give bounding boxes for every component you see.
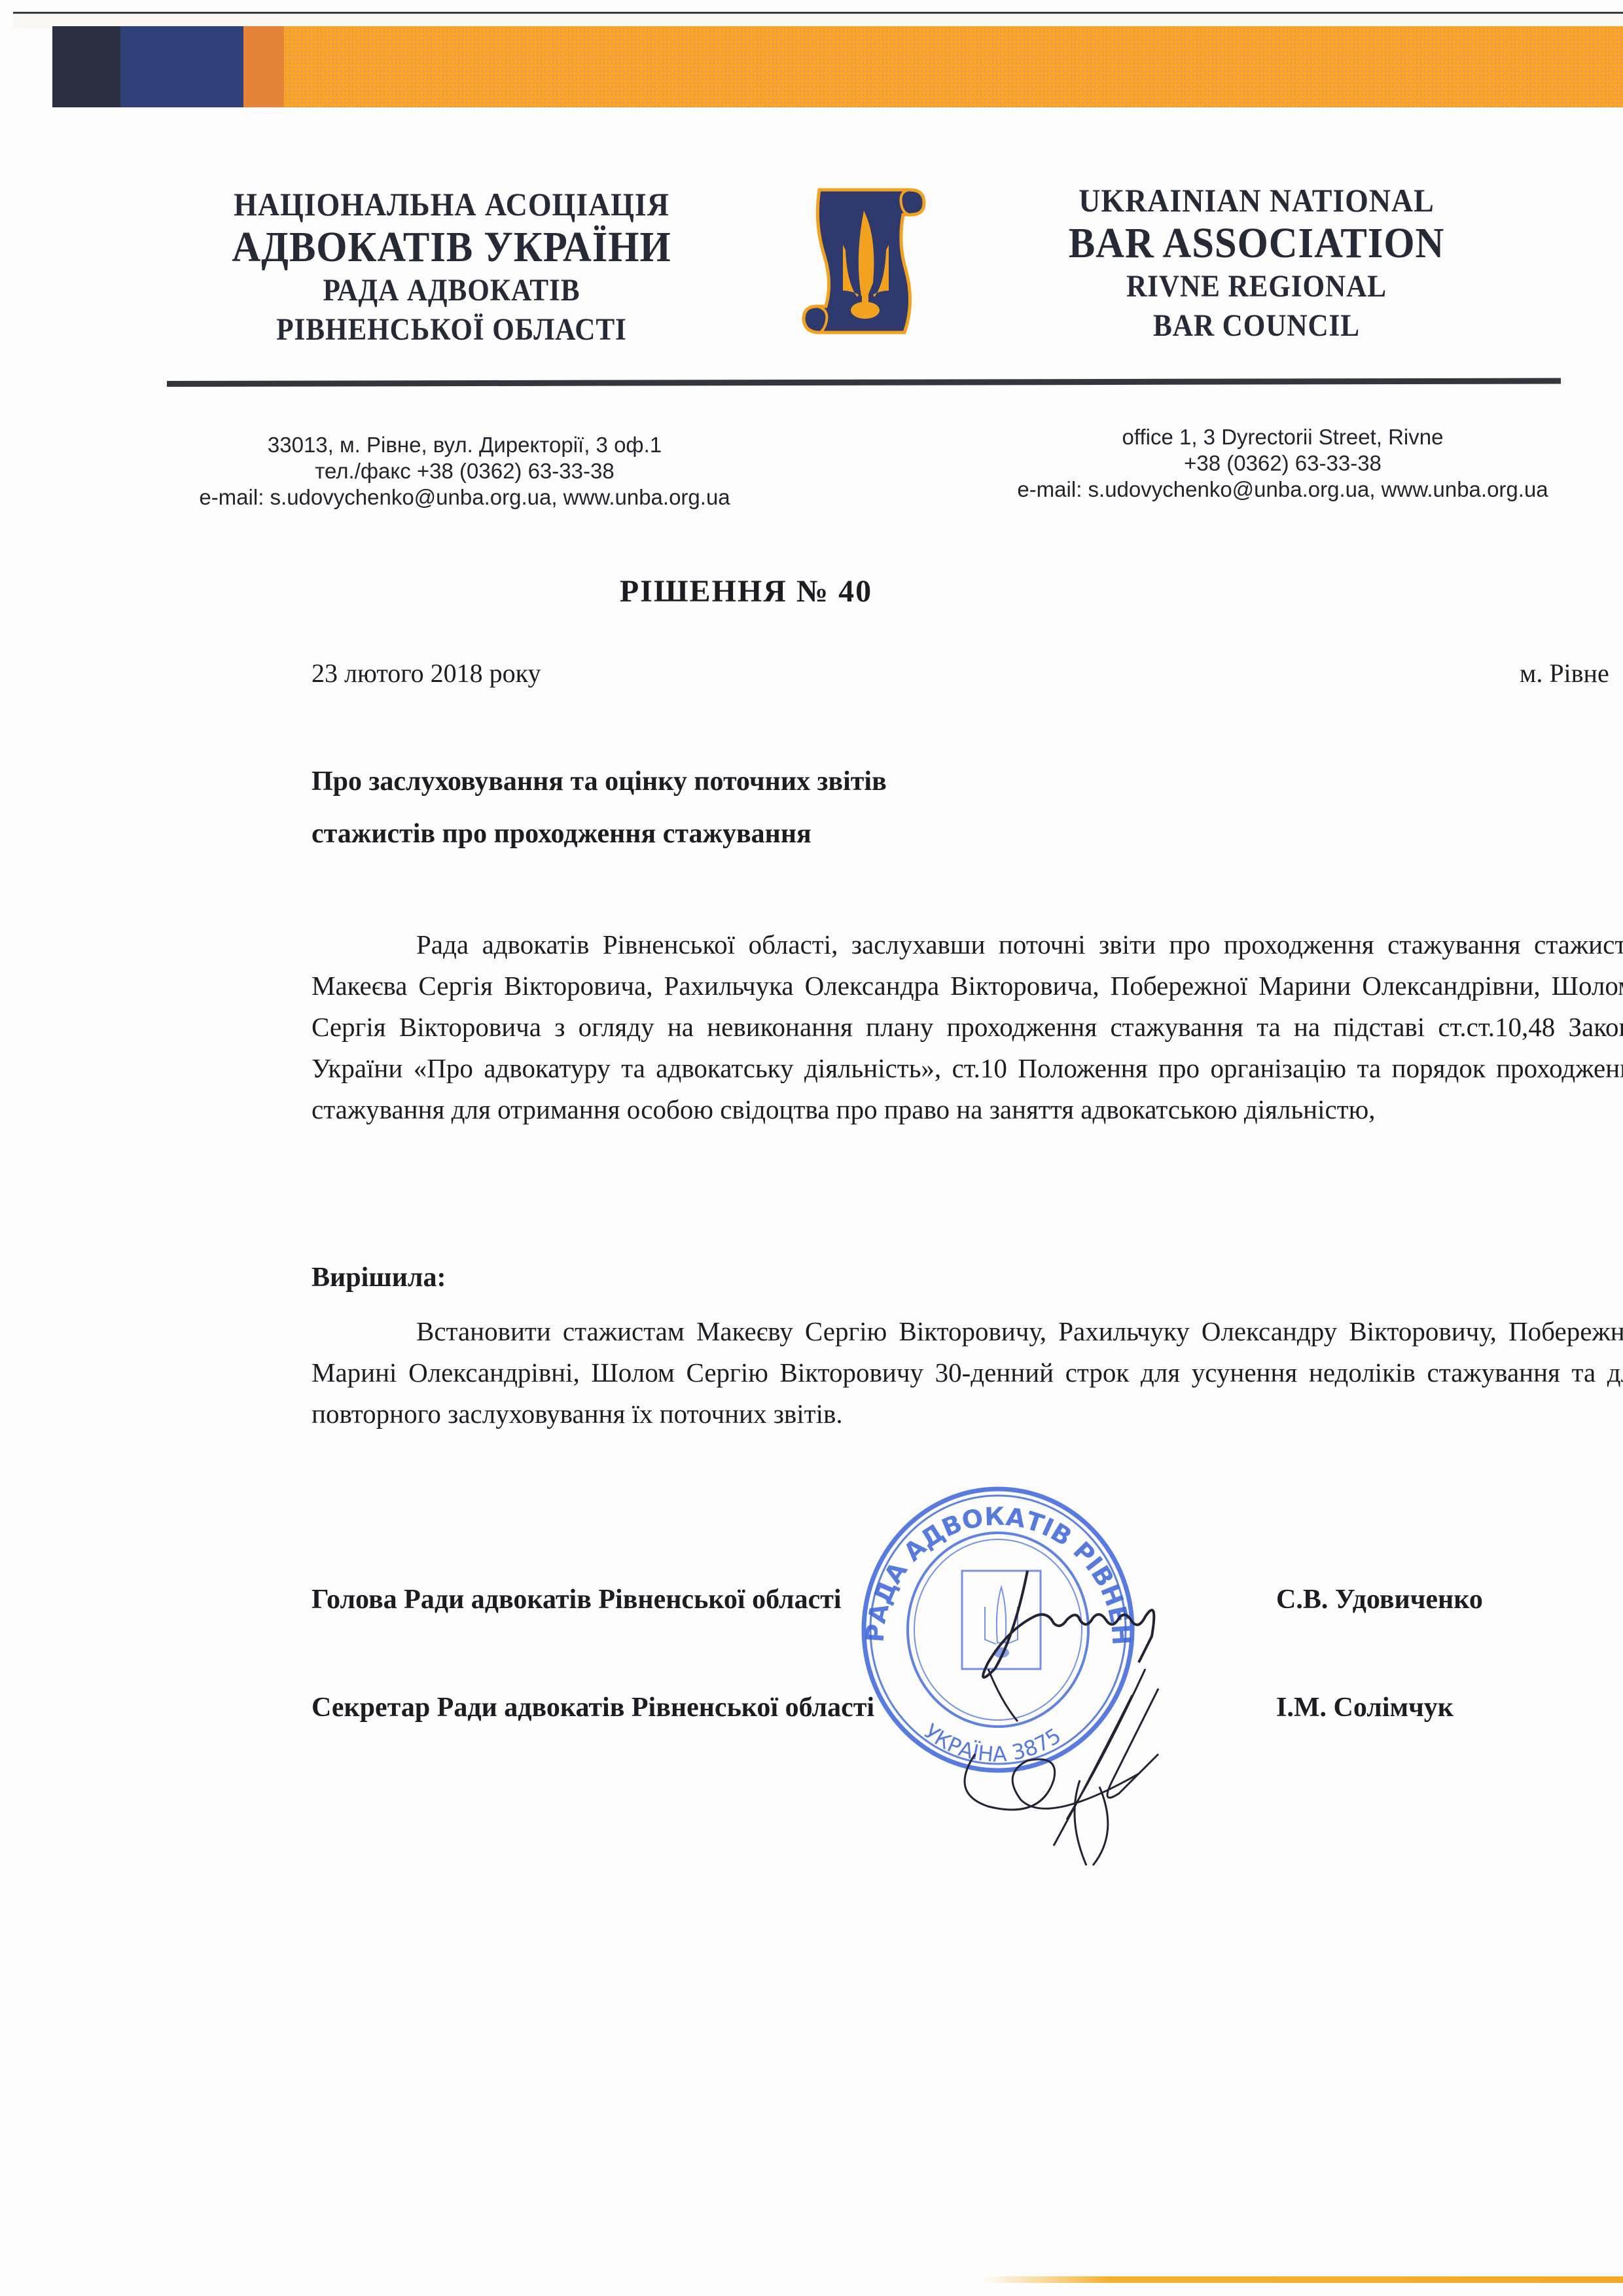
- letterhead-ukrainian: НАЦІОНАЛЬНА АСОЦІАЦІЯ АДВОКАТІВ УКРАЇНИ …: [190, 185, 713, 350]
- council-name-line1: РАДА АДВОКАТІВ: [216, 271, 687, 310]
- header-band-blue: [120, 26, 243, 107]
- org-name-en-line1: UKRAINIAN NATIONAL: [1027, 181, 1485, 220]
- subject-line-2: стажистів про проходження стажування: [312, 818, 811, 850]
- phone-line: тел./факс +38 (0362) 63-33-38: [170, 458, 759, 484]
- header-band-orange-dark: [243, 26, 284, 107]
- phone-line: +38 (0362) 63-33-38: [929, 450, 1623, 476]
- letterhead-english: UKRAINIAN NATIONAL BAR ASSOCIATION RIVNE…: [1008, 181, 1505, 346]
- address-ukrainian: 33013, м. Рівне, вул. Директорії, 3 оф.1…: [170, 432, 759, 511]
- signatory-name-secretary: І.М. Солімчук: [1276, 1692, 1454, 1723]
- header-band-navy: [52, 26, 120, 107]
- signatory-role-chair: Голова Ради адвокатів Рівненської област…: [312, 1584, 842, 1615]
- letterhead-divider: [167, 378, 1561, 387]
- decided-label: Вирішила:: [312, 1262, 446, 1293]
- resolution-paragraph: Встановити стажистам Макеєву Сергію Вікт…: [312, 1311, 1623, 1435]
- address-english: office 1, 3 Dyrectorii Street, Rivne +38…: [929, 424, 1623, 503]
- org-name-line1: НАЦІОНАЛЬНА АСОЦІАЦІЯ: [211, 185, 692, 224]
- decision-city: м. Рівне: [1520, 658, 1609, 689]
- email-line: e-mail: s.udovychenko@unba.org.ua, www.u…: [929, 476, 1623, 503]
- email-line: e-mail: s.udovychenko@unba.org.ua, www.u…: [170, 484, 759, 511]
- handwritten-signatures: [949, 1558, 1289, 1872]
- header-band-orange: [284, 26, 1623, 107]
- signatory-role-secretary: Секретар Ради адвокатів Рівненської обла…: [312, 1692, 874, 1723]
- signatory-name-chair: С.В. Удовиченко: [1276, 1584, 1483, 1615]
- org-name-en-line2: BAR ASSOCIATION: [1027, 220, 1485, 267]
- decision-date: 23 лютого 2018 року: [312, 658, 541, 689]
- council-name-line2: РІВНЕНСЬКОЇ ОБЛАСТІ: [216, 310, 687, 350]
- address-line: 33013, м. Рівне, вул. Директорії, 3 оф.1: [170, 432, 759, 458]
- preamble-paragraph: Рада адвокатів Рівненської області, засл…: [312, 924, 1623, 1130]
- council-name-en-line1: RIVNE REGIONAL: [1033, 267, 1480, 306]
- subject-line-1: Про заслуховування та оцінку поточних зв…: [312, 766, 887, 797]
- org-name-line2: АДВОКАТІВ УКРАЇНИ: [211, 224, 692, 271]
- address-line: office 1, 3 Dyrectorii Street, Rivne: [929, 424, 1623, 450]
- council-name-en-line2: BAR COUNCIL: [1033, 306, 1480, 346]
- decision-title: РІШЕННЯ № 40: [0, 573, 1492, 609]
- footer-band-orange: [982, 2276, 1623, 2283]
- scroll-trident-quill-icon: [800, 185, 928, 336]
